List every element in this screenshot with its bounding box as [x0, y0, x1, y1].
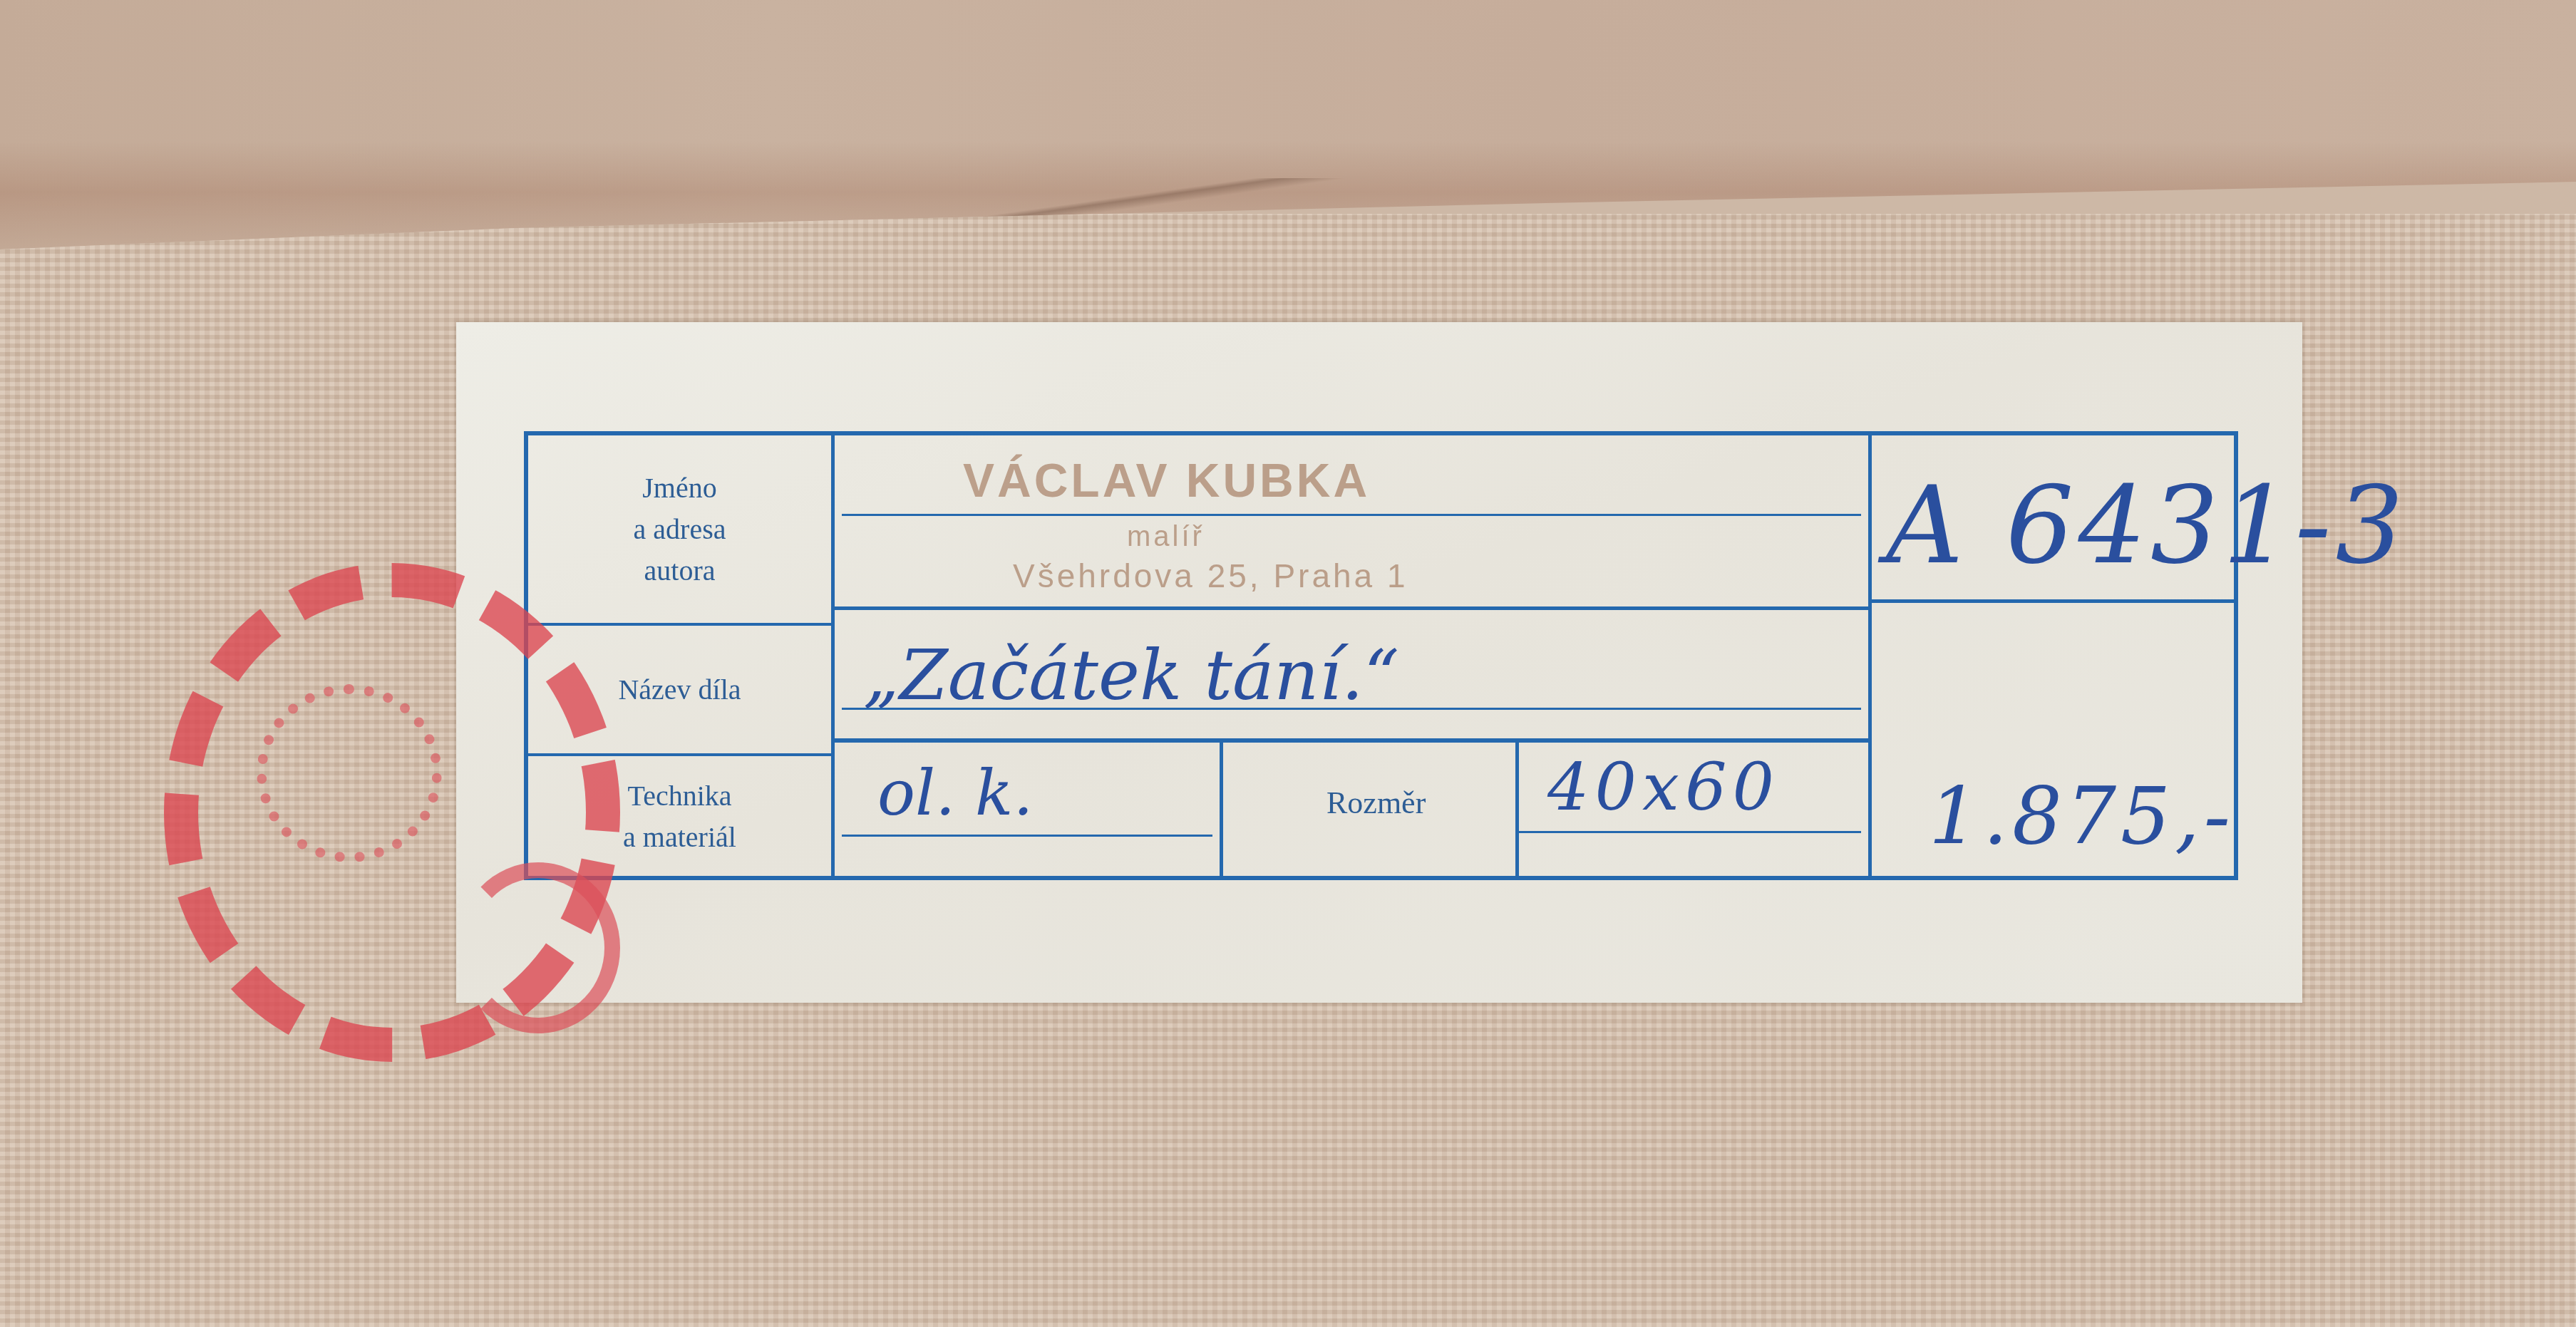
author-field-label: Jméno a adresa autora — [528, 435, 831, 626]
technique-underline — [842, 835, 1212, 837]
size-underline — [1519, 831, 1861, 833]
label-line: Jméno — [634, 468, 726, 509]
author-name-stamp: VÁCLAV KUBKA — [963, 453, 1370, 507]
row-divider — [835, 606, 1868, 610]
column-divider — [1515, 742, 1519, 877]
size-field-label: Rozměr — [1326, 785, 1426, 821]
author-occupation-stamp: malíř — [1127, 521, 1205, 553]
inventory-divider — [1872, 599, 2234, 603]
inventory-column: A 6431-3 1.875,- — [1868, 435, 2234, 876]
red-stamp-emblem-arc — [456, 862, 620, 1033]
handwritten-inventory-number: A 6431-3 — [1886, 464, 2408, 588]
author-address-stamp: Všehrdova 25, Praha 1 — [1013, 557, 1408, 595]
field-values-column: VÁCLAV KUBKA malíř Všehrdova 25, Praha 1… — [835, 435, 1868, 876]
handwritten-technique: ol. k. — [877, 756, 1033, 830]
label-line: autora — [634, 550, 726, 592]
handwritten-title: „Začátek tání.“ — [863, 635, 1399, 716]
handwritten-price: 1.875,- — [1929, 770, 2235, 862]
label-line: a adresa — [634, 509, 726, 550]
red-stamp-emblem — [257, 684, 442, 862]
row-divider — [835, 738, 1868, 743]
handwritten-size: 40x60 — [1547, 749, 1780, 825]
label-line: Technika — [623, 775, 736, 817]
label-form: Jméno a adresa autora Název díla Technik… — [524, 431, 2238, 880]
label-line: a materiál — [623, 817, 736, 858]
author-line-1 — [842, 514, 1861, 516]
column-divider — [1220, 742, 1223, 877]
